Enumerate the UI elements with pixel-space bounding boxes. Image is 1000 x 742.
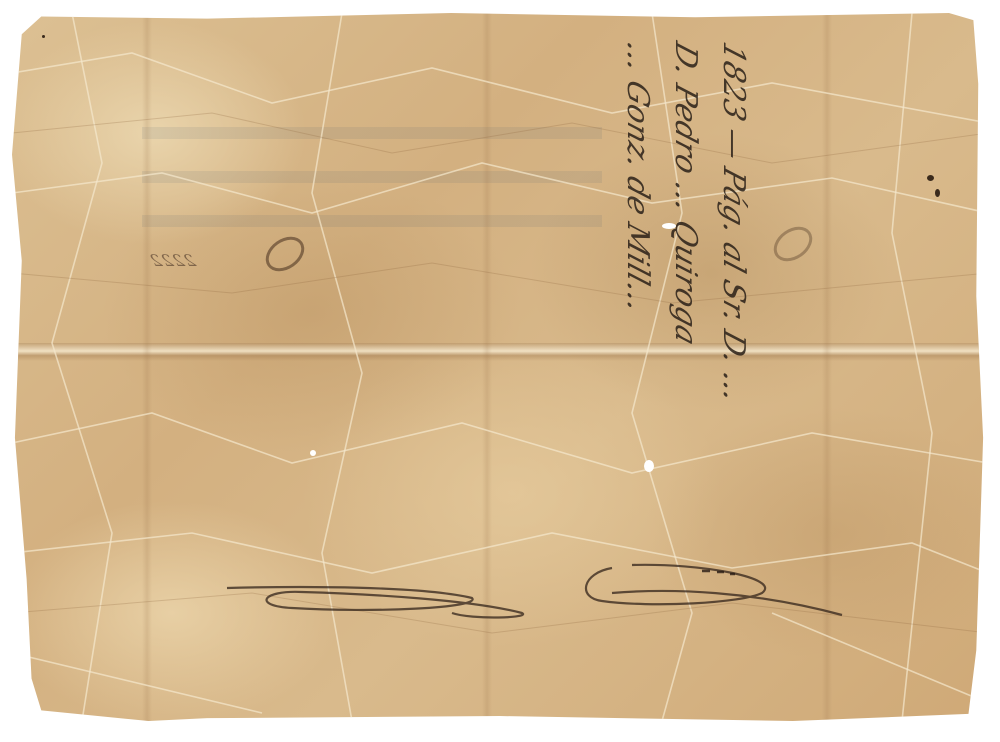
paper-hole — [310, 450, 316, 456]
ink-speck — [927, 175, 934, 181]
ink-speck — [935, 189, 940, 197]
serial-number-bleedthrough: 2222 — [147, 251, 199, 270]
endorsement-line: D. Pedro ... Quiroga — [661, 35, 709, 501]
ink-speck — [42, 35, 45, 38]
signature-flourish-left — [222, 568, 542, 628]
paper-hole — [644, 460, 654, 472]
endorsement-line: ... Gonz. de Mill... — [613, 35, 661, 501]
signature-flourish-right — [572, 553, 872, 633]
paper-hole — [662, 223, 676, 229]
endorsement-line: 1823 — Pág. al Sr. D. ... — [709, 35, 757, 501]
paper-document: 2222 1823 — Pág. al Sr. D. ... D. Pedro … — [12, 13, 988, 721]
handwritten-endorsement: 1823 — Pág. al Sr. D. ... D. Pedro ... Q… — [597, 43, 757, 493]
